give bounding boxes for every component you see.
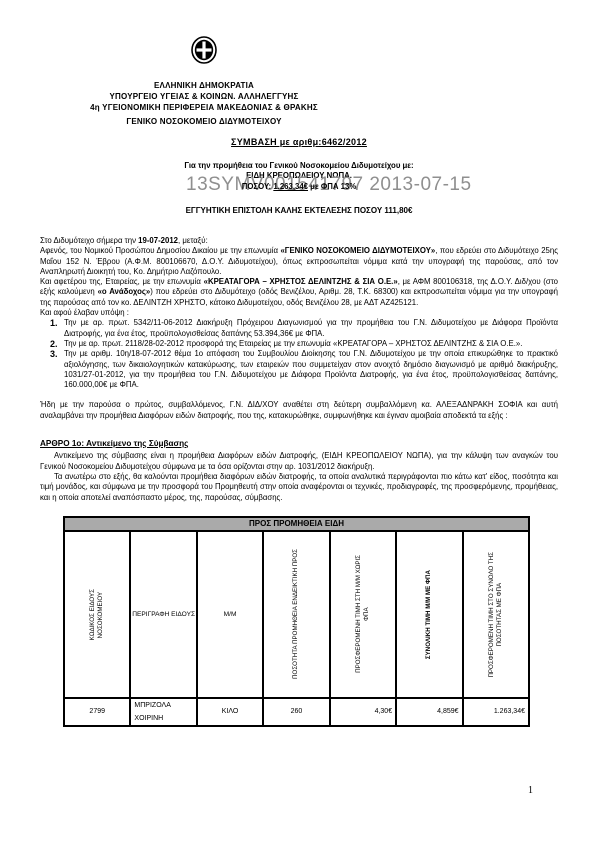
p3-contractor-term: «ο Ανάδοχος» [98, 287, 151, 296]
paragraph-award: Ήδη με την παρούσα ο πρώτος, συμβαλλόμεν… [40, 400, 558, 421]
col-header-unit-label: Μ/Μ [198, 611, 262, 618]
header-line-republic: ΕΛΛΗΝΙΚΗ ΔΗΜΟΚΡΑΤΙΑ [78, 80, 330, 91]
document-content: ΕΛΛΗΝΙΚΗ ΔΗΜΟΚΡΑΤΙΑ ΥΠΟΥΡΓΕΙΟ ΥΓΕΙΑΣ & Κ… [0, 0, 595, 727]
document-page: 13SYMV001541797 2013-07-15 ΕΛΛΗΝΙΚΗ ΔΗΜΟ… [0, 0, 595, 842]
page-number: 1 [528, 785, 533, 796]
table-band-title: ΠΡΟΣ ΠΡΟΜΗΘΕΙΑ ΕΙΔΗ [64, 517, 529, 531]
p2-hospital-name: «ΓΕΝΙΚΟ ΝΟΣΟΚΟΜΕΙΟ ΔΙΔΥΜΟΤΕΙΧΟΥ» [280, 246, 435, 255]
paragraph-intro-date: Στο Διδυμότειχο σήμερα την 19-07-2012, μ… [40, 236, 558, 246]
amount-prefix: ΠΟΣΟΥ: [242, 182, 274, 191]
col-header-unit-price-with-vat: ΣΥΝΟΛΙΚΗ ΤΙΜΗ Μ/Μ ΜΕ ΦΠΑ [396, 531, 462, 698]
consideration-number: 2. [50, 339, 64, 349]
consideration-number: 1. [50, 318, 64, 339]
col-header-total-price-with-vat: ΠΡΟΣΦΕΡΟΜΕΝΗ ΤΙΜΗ ΣΤΟ ΣΥΝΟΛΟ ΤΗΣ ΠΟΣΟΤΗΤ… [463, 531, 529, 698]
p1-date: 19-07-2012 [138, 236, 178, 245]
col-header-description: ΠΕΡΙΓΡΑΦΗ ΕΙΔΟΥΣ [130, 531, 196, 698]
amount-value: 1.263,34€ [273, 182, 308, 191]
consideration-text: Την με αρ. πρωτ. 5342/11-06-2012 Διακήρυ… [64, 318, 558, 339]
paragraph-party-contractor: Και αφετέρου της, Εταιρείας, με την επων… [40, 277, 558, 308]
contract-amount-line: ΠΟΣΟΥ: 1.263,34€ με ΦΠΑ 13% [40, 181, 558, 192]
cell-description: ΜΠΡΙΖΟΛΑ ΧΟΙΡΙΝΗ [130, 698, 196, 726]
greek-emblem-logo [191, 36, 217, 64]
paragraph-article1-details: Τα ανωτέρω στο εξής, θα καλούνται προμήθ… [40, 472, 558, 503]
consideration-text: Την με αριθμ. 10η/18-07-2012 θέμα 1ο από… [64, 349, 558, 390]
cell-total-price-with-vat: 1.263,34€ [463, 698, 529, 726]
table-row: 2799 ΜΠΡΙΖΟΛΑ ΧΟΙΡΙΝΗ ΚΙΛΟ 260 4,30€ 4,8… [64, 698, 529, 726]
col-header-description-label: ΠΕΡΙΓΡΑΦΗ ΕΙΔΟΥΣ [131, 611, 195, 618]
p1-post: , μεταξύ: [178, 236, 208, 245]
consideration-item: 2. Την με αρ. πρωτ. 2118/28-02-2012 προσ… [50, 339, 558, 349]
consideration-item: 3. Την με αριθμ. 10η/18-07-2012 θέμα 1ο … [50, 349, 558, 390]
cell-unit: ΚΙΛΟ [197, 698, 263, 726]
government-header: ΕΛΛΗΝΙΚΗ ΔΗΜΟΚΡΑΤΙΑ ΥΠΟΥΡΓΕΙΟ ΥΓΕΙΑΣ & Κ… [78, 36, 330, 127]
p3-a: Και αφετέρου της, Εταιρείας, με την επων… [40, 277, 204, 286]
p2-a: Αφενός, του Νομικού Προσώπου Δημοσίου Δι… [40, 246, 280, 255]
cell-unit-price-with-vat: 4,859€ [396, 698, 462, 726]
cell-quantity: 260 [263, 698, 329, 726]
cell-item-code: 2799 [64, 698, 130, 726]
col-header-unit-price-no-vat-label: ΠΡΟΣΦΕΡΟΜΕΝΗ ΤΙΜΗ ΣΤΗ Μ/Μ ΧΩΡΙΣ ΦΠΑ [355, 555, 371, 673]
paragraph-party-hospital: Αφενός, του Νομικού Προσώπου Δημοσίου Δι… [40, 246, 558, 277]
col-header-total-price-with-vat-label: ΠΡΟΣΦΕΡΟΜΕΝΗ ΤΙΜΗ ΣΤΟ ΣΥΝΟΛΟ ΤΗΣ ΠΟΣΟΤΗΤ… [488, 552, 504, 678]
col-header-unit-price-with-vat-label: ΣΥΝΟΛΙΚΗ ΤΙΜΗ Μ/Μ ΜΕ ΦΠΑ [425, 570, 433, 659]
supplied-items-table: ΠΡΟΣ ΠΡΟΜΗΘΕΙΑ ΕΙΔΗ ΚΩΔΙΚΟΣ ΕΙΔΟΥΣ ΝΟΣΟΚ… [63, 516, 530, 727]
amount-suffix: με ΦΠΑ 13% [308, 182, 356, 191]
contract-number-title: ΣΥΜΒΑΣΗ με αριθμ:6462/2012 [40, 137, 558, 147]
col-header-item-code: ΚΩΔΙΚΟΣ ΕΙΔΟΥΣ ΝΟΣΟΚΟΜΕΙΟΥ [64, 531, 130, 698]
consideration-item: 1. Την με αρ. πρωτ. 5342/11-06-2012 Διακ… [50, 318, 558, 339]
having-regard-line: Και αφού έλαβαν υπόψη : [40, 308, 558, 318]
col-header-quantity-label: ΠΟΣΟΤΗΤΑ ΠΡΟΜΗΘΕΙΑ ΕΝΔΕΙΚΤΙΚΗ ΠΡΟΣ [292, 549, 300, 679]
header-line-ministry: ΥΠΟΥΡΓΕΙΟ ΥΓΕΙΑΣ & ΚΟΙΝΩΝ. ΑΛΛΗΛΕΓΓΥΗΣ [78, 91, 330, 102]
consideration-text: Την με αρ. πρωτ. 2118/28-02-2012 προσφορ… [64, 339, 558, 349]
cell-unit-price-no-vat: 4,30€ [330, 698, 396, 726]
p1-pre: Στο Διδυμότειχο σήμερα την [40, 236, 138, 245]
p3-company-name: «ΚΡΕΑΤΑΓΟΡΑ – ΧΡΗΣΤΟΣ ΔΕΛΙΝΤΖΗΣ & ΣΙΑ Ο.… [204, 277, 398, 286]
paragraph-article1-object: Αντικείμενο της σύμβασης είναι η προμήθε… [40, 451, 558, 472]
consideration-number: 3. [50, 349, 64, 390]
col-header-quantity: ΠΟΣΟΤΗΤΑ ΠΡΟΜΗΘΕΙΑ ΕΝΔΕΙΚΤΙΚΗ ΠΡΟΣ [263, 531, 329, 698]
contract-body: Στο Διδυμότειχο σήμερα την 19-07-2012, μ… [40, 236, 558, 503]
contract-subject-line: Για την προμήθεια του Γενικού Νοσοκομείο… [40, 161, 558, 171]
header-line-hospital: ΓΕΝΙΚΟ ΝΟΣΟΚΟΜΕΙΟ ΔΙΔΥΜΟΤΕΙΧΟΥ [78, 116, 330, 127]
col-header-unit-price-no-vat: ΠΡΟΣΦΕΡΟΜΕΝΗ ΤΙΜΗ ΣΤΗ Μ/Μ ΧΩΡΙΣ ΦΠΑ [330, 531, 396, 698]
col-header-item-code-label: ΚΩΔΙΚΟΣ ΕΙΔΟΥΣ ΝΟΣΟΚΟΜΕΙΟΥ [89, 589, 105, 640]
table-header-row: ΚΩΔΙΚΟΣ ΕΙΔΟΥΣ ΝΟΣΟΚΟΜΕΙΟΥ ΠΕΡΙΓΡΑΦΗ ΕΙΔ… [64, 531, 529, 698]
header-line-region: 4η ΥΓΕΙΟΝΟΜΙΚΗ ΠΕΡΙΦΕΡΕΙΑ ΜΑΚΕΔΟΝΙΑΣ & Θ… [78, 102, 330, 113]
article-1-heading: ΑΡΘΡΟ 1ο: Αντικείμενο της Σύμβασης [40, 439, 558, 449]
col-header-unit: Μ/Μ [197, 531, 263, 698]
guarantee-letter-line: ΕΓΓΥΗΤΙΚΗ ΕΠΙΣΤΟΛΗ ΚΑΛΗΣ ΕΚΤΕΛΕΣΗΣ ΠΟΣΟΥ… [40, 205, 558, 216]
